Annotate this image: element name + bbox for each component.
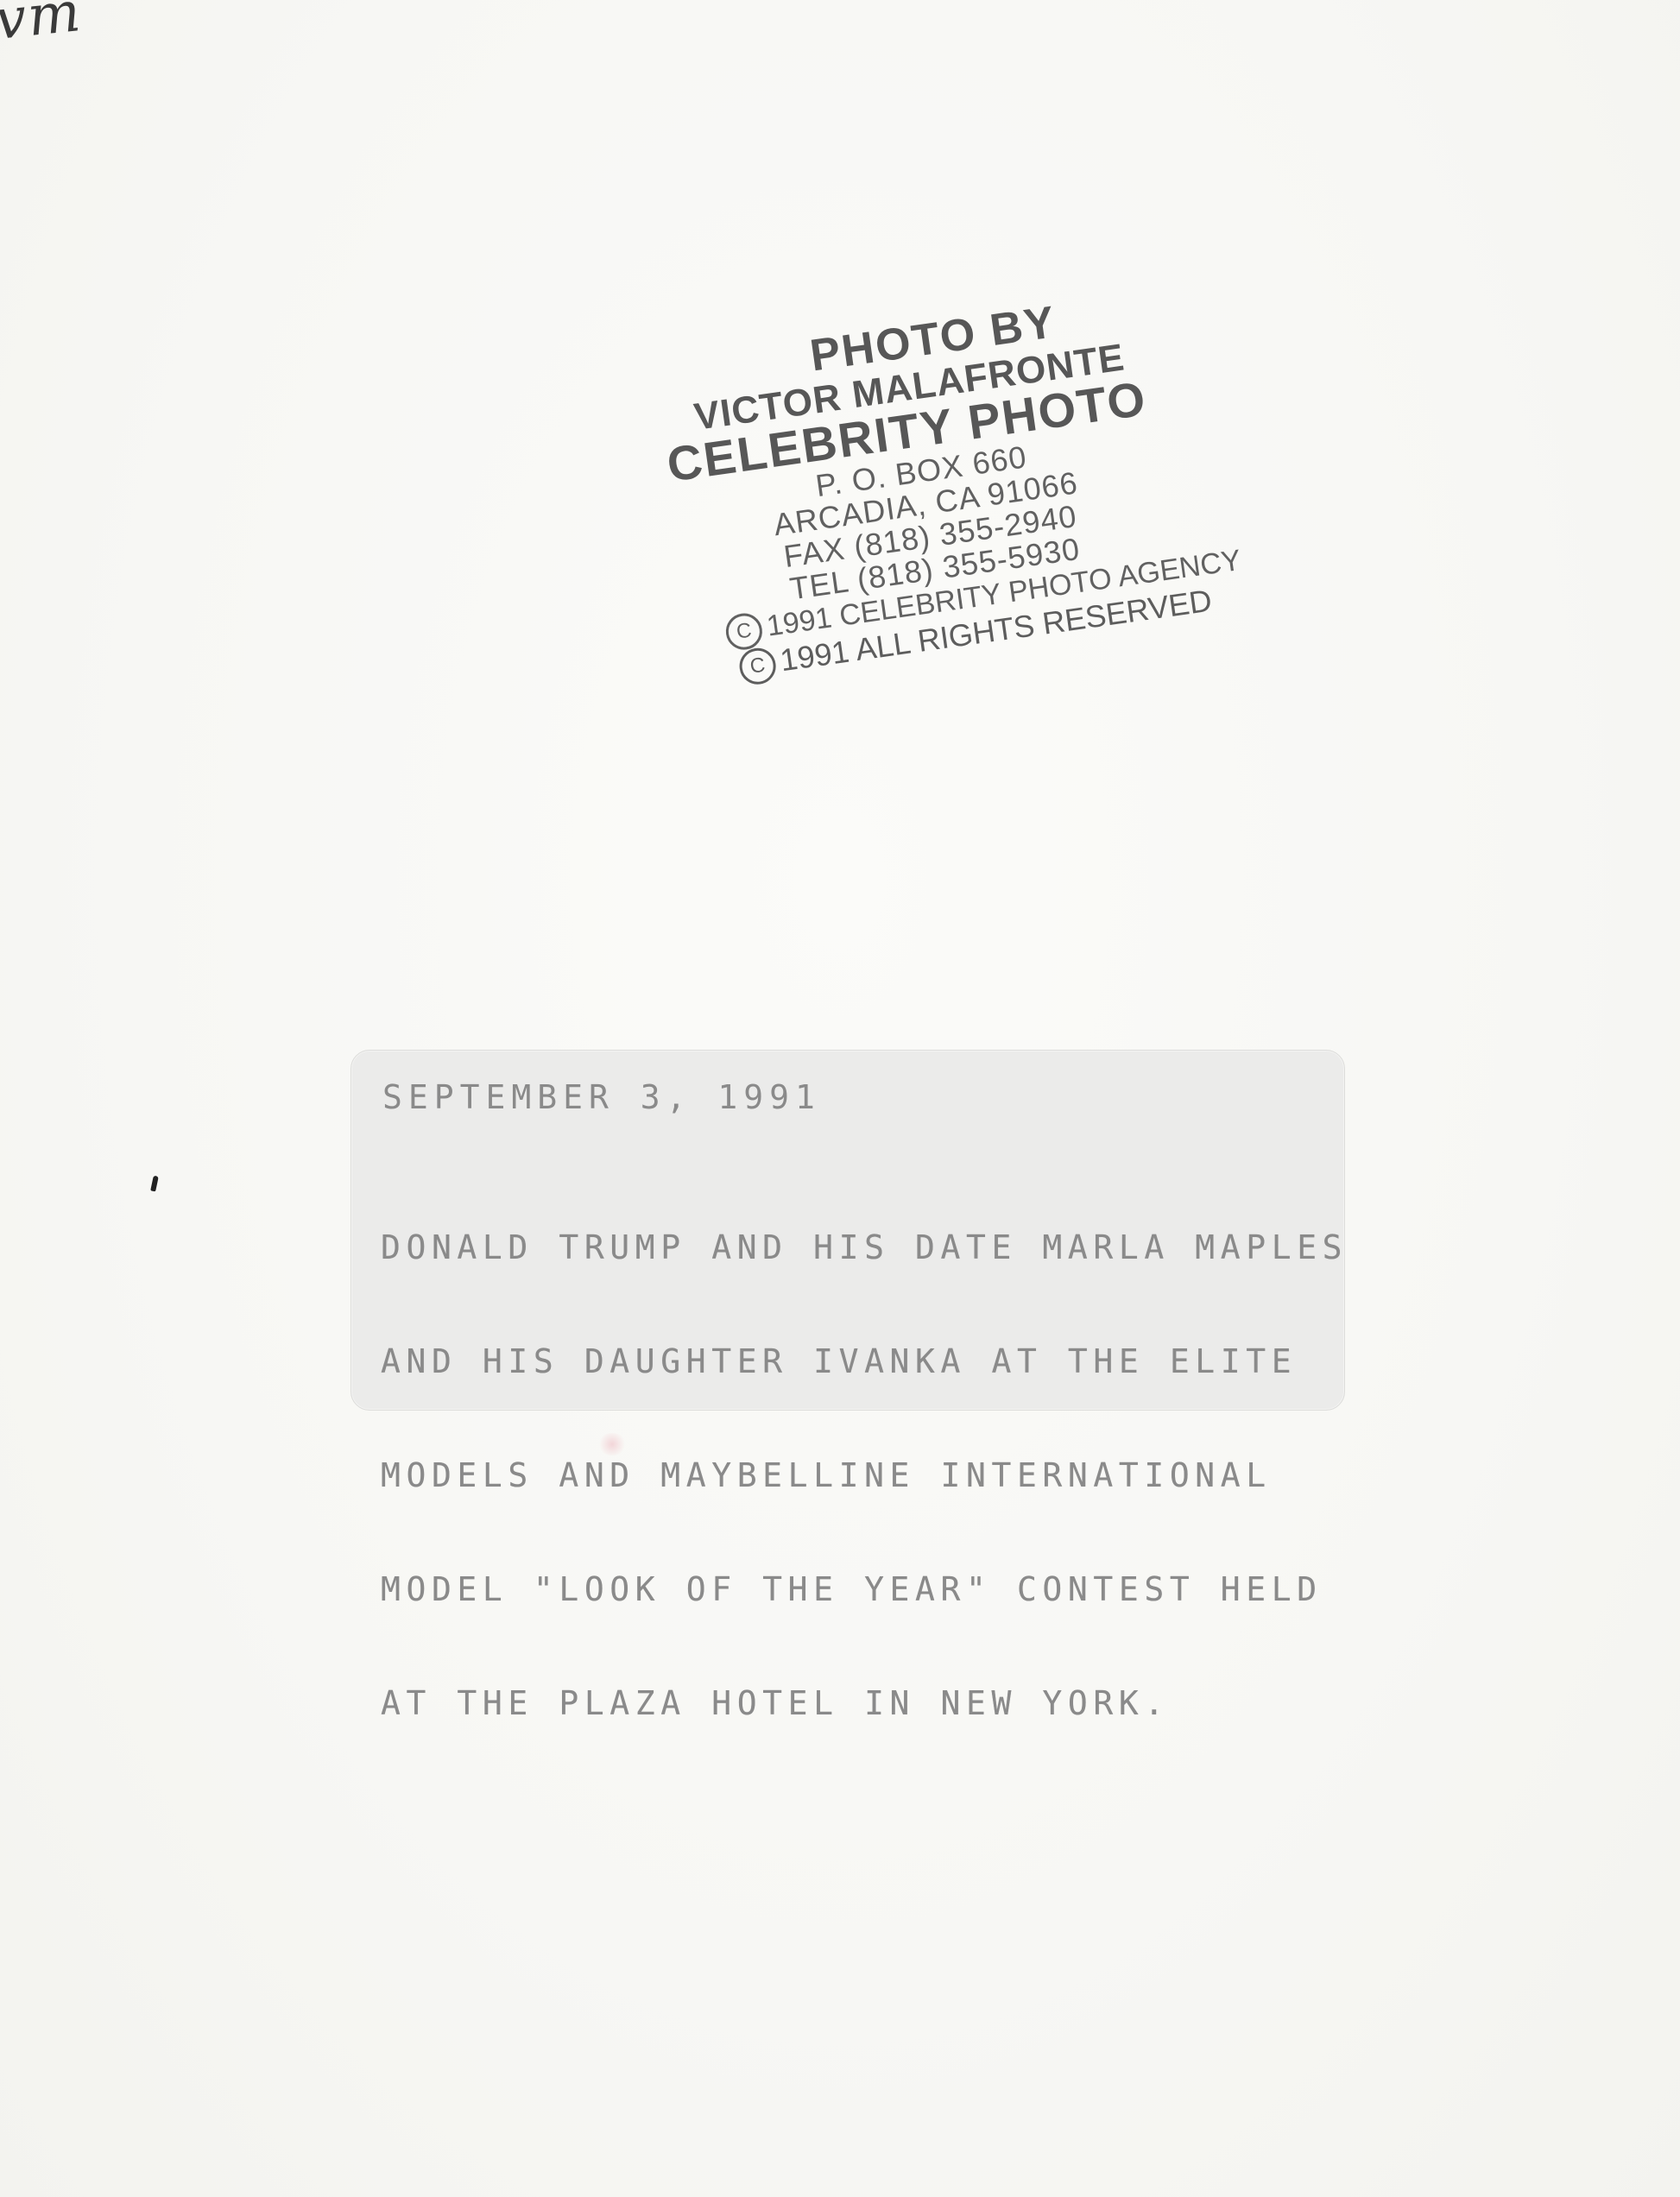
caption-line: MODEL "LOOK OF THE YEAR" CONTEST HELD: [381, 1570, 1348, 1608]
handwritten-initials: vm: [0, 0, 85, 53]
photographer-stamp: PHOTO BY VICTOR MALAFRONTE CELEBRITY PHO…: [660, 287, 1186, 691]
photo-back-page: vm PHOTO BY VICTOR MALAFRONTE CELEBRITY …: [0, 0, 1680, 2197]
caption-line: MODELS AND MAYBELLINE INTERNATIONAL: [381, 1456, 1348, 1494]
caption-label: SEPTEMBER 3, 1991 DONALD TRUMP AND HIS D…: [351, 1050, 1345, 1411]
caption-date: SEPTEMBER 3, 1991: [382, 1078, 821, 1116]
copyright-icon: C: [737, 646, 778, 686]
caption-line: AND HIS DAUGHTER IVANKA AT THE ELITE: [381, 1342, 1348, 1380]
copyright-icon: C: [723, 611, 764, 652]
ink-speck: [150, 1176, 159, 1192]
caption-body: DONALD TRUMP AND HIS DATE MARLA MAPLES A…: [381, 1152, 1348, 1798]
caption-line: DONALD TRUMP AND HIS DATE MARLA MAPLES: [381, 1228, 1348, 1266]
caption-line: AT THE PLAZA HOTEL IN NEW YORK.: [381, 1684, 1348, 1722]
